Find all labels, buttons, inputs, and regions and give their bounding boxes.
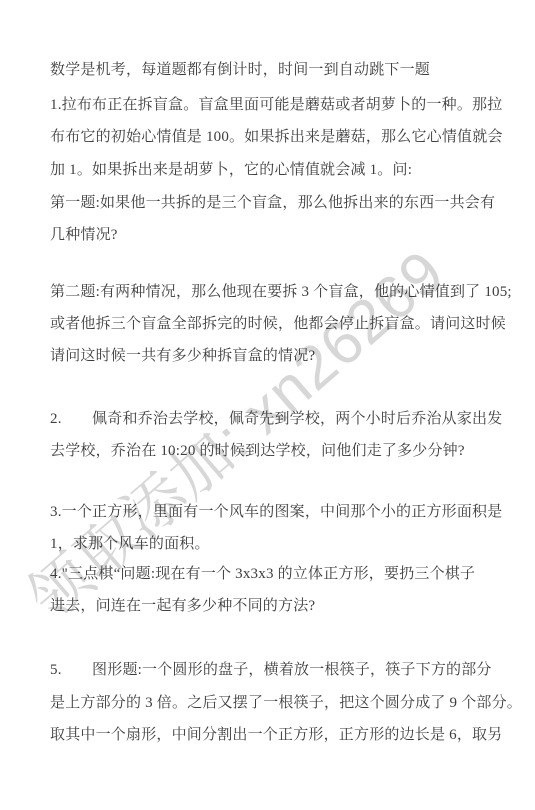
document-line: 加 1。如果拆出来是胡萝卜，它的心情值就会减 1。问: bbox=[50, 160, 512, 180]
document-line: 数学是机考，每道题都有倒计时，时间一到自动跳下一题 bbox=[50, 60, 512, 80]
document-line: 第二题:有两种情况，那么他现在要拆 3 个盲盒，他的心情值到了 105; bbox=[50, 282, 512, 302]
document-line: 或者他拆三个盲盒全部拆完的时候，他都会停止拆盲盒。请问这时候 bbox=[50, 314, 512, 334]
document-line: 取其中一个扇形，中间分割出一个正方形，正方形的边长是 6，取另 bbox=[50, 725, 512, 745]
document-line: 几种情况? bbox=[50, 225, 512, 245]
document-line: 进去，问连在一起有多少种不同的方法? bbox=[50, 596, 512, 616]
document-line: 第一题:如果他一共拆的是三个盲盒，那么他拆出来的东西一共会有 bbox=[50, 193, 512, 213]
document-line: 布布它的初始心情值是 100。如果拆出来是蘑菇，那么它心情值就会 bbox=[50, 127, 512, 147]
document-line: 3.一个正方形，里面有一个风车的图案，中间那个小的正方形面积是 bbox=[50, 502, 512, 522]
document-line: 5. 图形题:一个圆形的盘子，横着放一根筷子，筷子下方的部分 bbox=[50, 660, 512, 680]
document-line: 1.拉布布正在拆盲盒。盲盒里面可能是蘑菇或者胡萝卜的一种。那拉 bbox=[50, 95, 512, 115]
document-line: 请问这时候一共有多少种拆盲盒的情况? bbox=[50, 346, 512, 366]
document-line: 1，求那个风车的面积。 bbox=[50, 534, 512, 554]
document-line: 2. 佩奇和乔治去学校，佩奇先到学校，两个小时后乔治从家出发 bbox=[50, 409, 512, 429]
document-line: 是上方部分的 3 倍。之后又摆了一根筷子，把这个圆分成了 9 个部分。 bbox=[50, 693, 512, 713]
document-line: 4."三点棋“问题:现在有一个 3x3x3 的立体正方形，要扔三个棋子 bbox=[50, 564, 512, 584]
document-line: 去学校，乔治在 10:20 的时候到达学校，问他们走了多少分钟? bbox=[50, 441, 512, 461]
document-page: 领取添加: xn26269 数学是机考，每道题都有倒计时，时间一到自动跳下一题 … bbox=[0, 0, 535, 810]
